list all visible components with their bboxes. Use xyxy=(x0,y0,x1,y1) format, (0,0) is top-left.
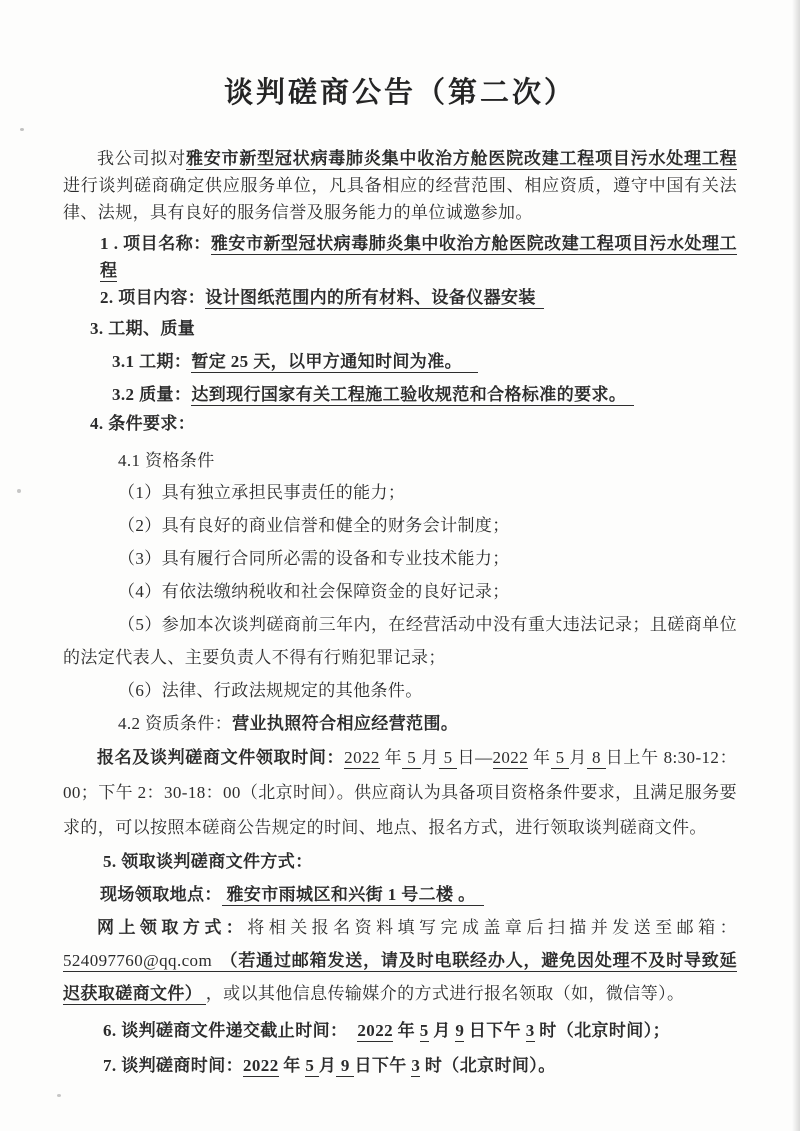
intro-lead: 我公司拟对 xyxy=(97,149,186,168)
online-pickup-text: 将相关报名资料填写完成盖章后扫描并发送至邮箱： xyxy=(247,918,737,937)
condition-item-6: （6）法律、行政法规规定的其他条件。 xyxy=(63,674,737,707)
intro-tail: 进行谈判磋商确定供应服务单位，凡具备相应的经营范围、相应资质，遵守中国有关法律、… xyxy=(63,176,737,222)
deadline-sep: 年 xyxy=(393,1021,420,1040)
item2-value: 设计图纸范围内的所有材料、设备仪器安装 xyxy=(205,288,544,309)
item2-label: 2. 项目内容： xyxy=(100,288,205,307)
intro-project-name: 雅安市新型冠状病毒肺炎集中收治方舱医院改建工程项目污水处理工程 xyxy=(186,149,737,170)
signup-day2: 8 xyxy=(587,748,606,769)
condition-item-1: （1）具有独立承担民事责任的能力； xyxy=(63,476,737,509)
pickup-site-value: 雅安市雨城区和兴街 1 号二楼 。 xyxy=(222,885,484,906)
deadline-label: 6. 谈判磋商文件递交截止时间： xyxy=(103,1021,347,1040)
section4-heading: 4. 条件要求： xyxy=(90,410,737,437)
signup-month1: 5 xyxy=(402,748,421,769)
signup-sep: 月 xyxy=(421,748,439,767)
license-value: 营业执照符合相应经营范围。 xyxy=(232,714,458,733)
intro-paragraph: 我公司拟对雅安市新型冠状病毒肺炎集中收治方舱医院改建工程项目污水处理工程进行谈判… xyxy=(63,145,737,226)
negotiation-time-line: 7. 谈判磋商时间：2022 年 5 月 9 日下午 3 时（北京时间）。 xyxy=(103,1049,737,1082)
section5-heading: 5. 领取谈判磋商文件方式： xyxy=(103,845,737,878)
condition-item-5: （5）参加本次谈判磋商前三年内，在经营活动中没有重大违法记录；且磋商单位的法定代… xyxy=(63,608,737,674)
condition-item-3: （3）具有履行合同所必需的设备和专业技术能力； xyxy=(63,542,737,575)
signup-sep: 年 xyxy=(380,748,403,767)
email-note-tail: ，或以其他信息传输媒介的方式进行报名领取（如，微信等）。 xyxy=(206,984,685,1003)
scan-speck xyxy=(57,1094,61,1097)
condition-item-4: （4）有依法缴纳税收和社会保障资金的良好记录； xyxy=(63,575,737,608)
signup-time-paragraph: 报名及谈判磋商文件领取时间：2022 年 5 月 5 日—2022 年 5 月 … xyxy=(63,740,737,845)
section4-2-line: 4.2 资质条件：营业执照符合相应经营范围。 xyxy=(118,707,737,740)
online-pickup-paragraph: 网上领取方式：将相关报名资料填写完成盖章后扫描并发送至邮箱： 524097760… xyxy=(63,911,737,1010)
scan-edge-shadow xyxy=(792,0,800,1131)
signup-sep: 年 xyxy=(528,748,551,767)
deadline-year: 2022 xyxy=(357,1021,393,1042)
section3-duration: 3.1 工期：暂定 25 天，以甲方通知时间为准。 xyxy=(112,348,737,375)
signup-day1: 5 xyxy=(439,748,458,769)
deadline-sep: 月 xyxy=(429,1021,456,1040)
negotiation-time-label: 7. 谈判磋商时间： xyxy=(103,1056,243,1075)
deadline-tail: 时（北京时间）； xyxy=(535,1021,670,1040)
negotiation-tail: 时（北京时间）。 xyxy=(420,1056,555,1075)
negotiation-sep: 月 xyxy=(319,1056,336,1075)
condition-item-2: （2）具有良好的商业信誉和健全的财务会计制度； xyxy=(63,509,737,542)
item-project-name: 1 . 项目名称：雅安市新型冠状病毒肺炎集中收治方舱医院改建工程项目污水处理工程 xyxy=(100,230,737,284)
negotiation-year: 2022 xyxy=(243,1056,279,1077)
section3-heading: 3. 工期、质量 xyxy=(90,315,737,342)
online-pickup-label: 网上领取方式： xyxy=(97,918,247,937)
scanned-announcement-page: 谈判磋商公告（第二次） 我公司拟对雅安市新型冠状病毒肺炎集中收治方舱医院改建工程… xyxy=(0,0,800,1131)
pickup-site-line: 现场领取地点： 雅安市雨城区和兴街 1 号二楼 。 xyxy=(100,878,737,911)
signup-month2: 5 xyxy=(551,748,570,769)
deadline-month: 5 xyxy=(420,1021,429,1042)
duration-value: 暂定 25 天，以甲方通知时间为准。 xyxy=(191,352,478,373)
quality-value: 达到现行国家有关工程施工验收规范和合格标准的要求。 xyxy=(191,385,634,406)
section3-quality: 3.2 质量：达到现行国家有关工程施工验收规范和合格标准的要求。 xyxy=(112,381,737,408)
scan-speck xyxy=(17,489,21,493)
signup-year1: 2022 xyxy=(344,748,380,769)
page-title: 谈判磋商公告（第二次） xyxy=(63,70,737,111)
scan-speck xyxy=(20,128,24,131)
license-label: 4.2 资质条件： xyxy=(118,714,232,733)
signup-year2: 2022 xyxy=(493,748,529,769)
negotiation-month: 5 xyxy=(305,1056,319,1077)
signup-sep: 月 xyxy=(569,748,587,767)
quality-label: 3.2 质量： xyxy=(112,385,191,404)
signup-label: 报名及谈判磋商文件领取时间： xyxy=(97,748,344,767)
negotiation-sep: 年 xyxy=(279,1056,306,1075)
pickup-site-label: 现场领取地点： xyxy=(100,885,222,904)
negotiation-day: 9 xyxy=(336,1056,354,1077)
signup-sep: 日— xyxy=(457,748,492,767)
deadline-sep: 日下午 xyxy=(464,1021,526,1040)
negotiation-sep: 日下午 xyxy=(354,1056,411,1075)
duration-label: 3.1 工期： xyxy=(112,352,191,371)
section4-1-heading: 4.1 资格条件 xyxy=(118,447,737,474)
item1-label: 1 . 项目名称： xyxy=(100,234,211,253)
deadline-day: 9 xyxy=(455,1021,464,1042)
deadline-line: 6. 谈判磋商文件递交截止时间：2022 年 5 月 9 日下午 3 时（北京时… xyxy=(103,1014,737,1047)
email-text: 524097760@qq.com xyxy=(63,951,220,972)
negotiation-hour: 3 xyxy=(411,1056,420,1077)
item-project-content: 2. 项目内容：设计图纸范围内的所有材料、设备仪器安装 xyxy=(100,284,737,311)
deadline-hour: 3 xyxy=(526,1021,535,1042)
